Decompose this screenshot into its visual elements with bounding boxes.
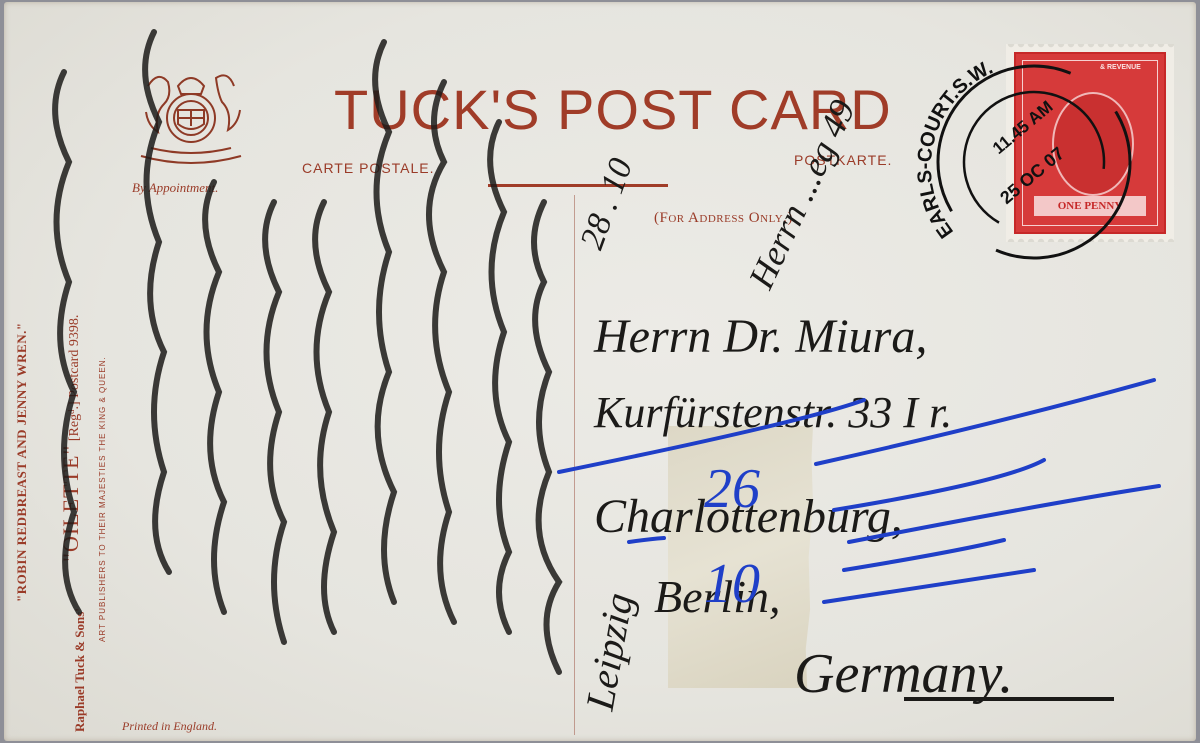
forwarding-label — [668, 426, 813, 688]
blue-strikethrough-lines — [559, 380, 1159, 602]
top-note-date: 28 . 10 — [573, 154, 640, 255]
series-title: "ROBIN REDBREAST AND JENNY WREN." — [14, 322, 30, 602]
svg-text:EARLS-COURT.S.W.: EARLS-COURT.S.W. — [914, 56, 996, 242]
stamp-value: ONE PENNY — [1034, 196, 1146, 216]
address-line-5: Germany. — [794, 643, 1013, 705]
stamp-revenue-text: & REVENUE — [1100, 64, 1141, 71]
center-divider — [574, 195, 575, 735]
oilette-reg: "OILETTE" [Regᵈ.] Postcard 9398. — [58, 315, 84, 562]
appointment-text: By Appointment. — [132, 180, 218, 196]
carte-postale-label: CARTE POSTALE. — [302, 160, 435, 176]
postage-stamp: & REVENUE ONE PENNY — [1006, 44, 1174, 242]
postcard-title: TUCK'S POST CARD — [334, 82, 892, 138]
forwarding-note: Leipzig — [577, 590, 642, 715]
address-line-1: Herrn Dr. Miura, — [593, 310, 927, 363]
printed-in-text: Printed in England. — [122, 719, 217, 734]
oilette-label: "OILETTE" — [58, 445, 83, 562]
address-only-note: (For Address Only.) — [654, 210, 793, 227]
king-portrait-icon — [1052, 92, 1134, 196]
postkarte-label: POSTKARTE. — [794, 152, 892, 168]
postcard: TUCK'S POST CARD CARTE POSTALE. POSTKART… — [4, 2, 1196, 741]
reg-postcard-number: [Regᵈ.] Postcard 9398. — [67, 315, 82, 441]
title-rule — [488, 184, 668, 187]
art-publishers-line: ART PUBLISHERS TO THEIR MAJESTIES THE KI… — [98, 356, 107, 642]
publisher-name: Raphael Tuck & Sons' — [72, 608, 88, 732]
royal-crest-icon — [126, 56, 256, 174]
